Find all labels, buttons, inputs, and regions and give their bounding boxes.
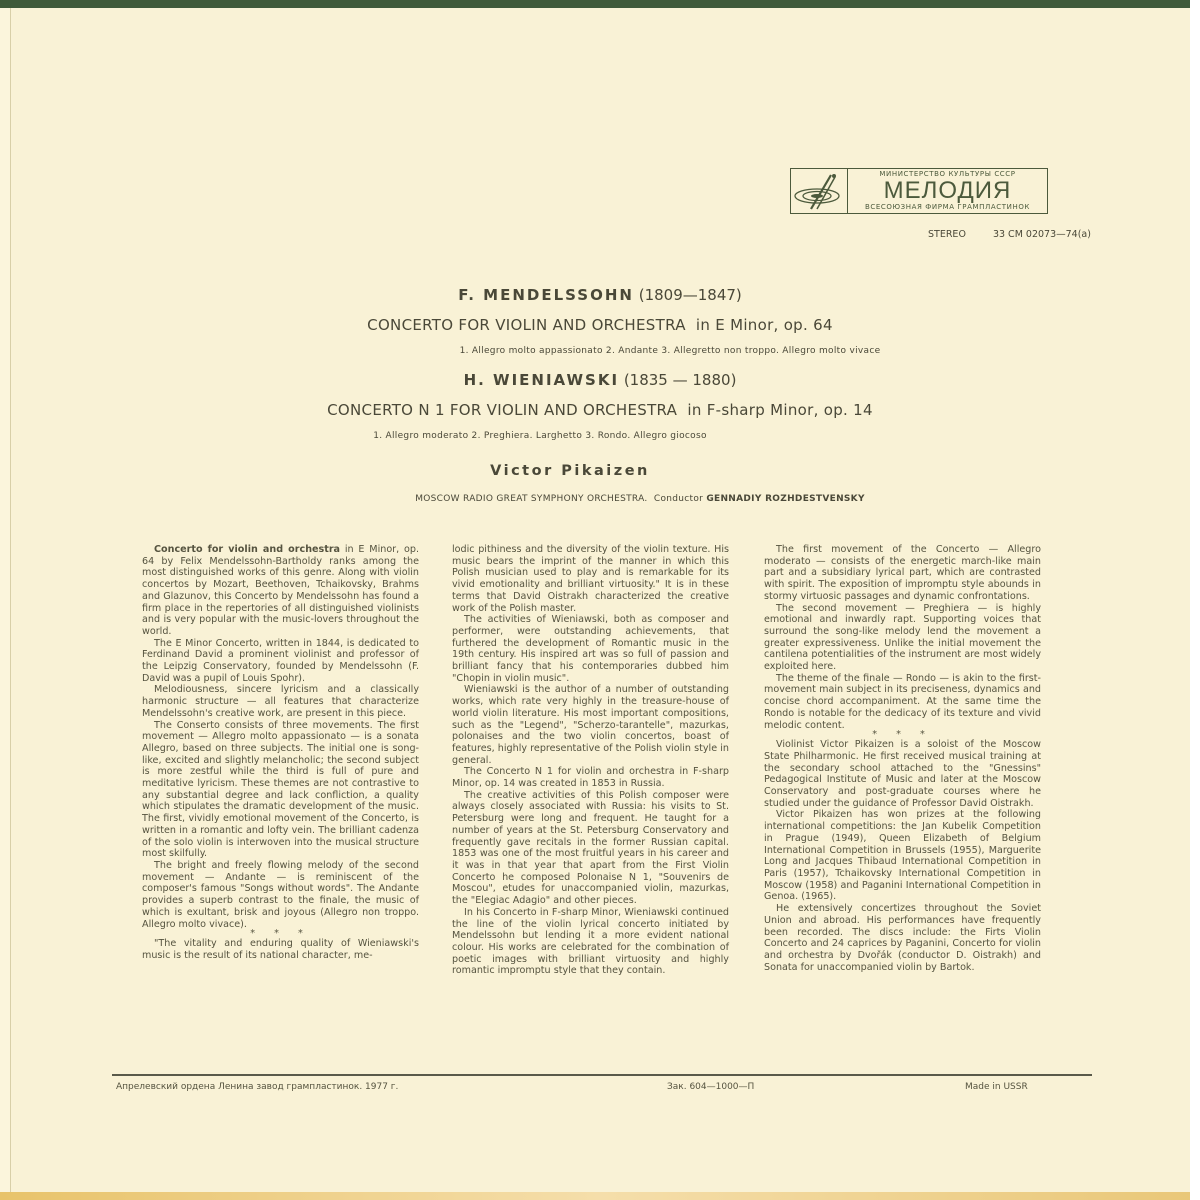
catalog-info: STEREO 33 CM 02073—74(a) xyxy=(928,229,1115,240)
paragraph: He extensively concertizes throughout th… xyxy=(764,903,1041,973)
section-separator: * * * xyxy=(764,731,1041,739)
melodiya-record-logo-icon xyxy=(791,169,848,213)
paragraph: The creative activities of this Polish c… xyxy=(452,790,729,907)
scan-margin xyxy=(1190,0,1200,1200)
paragraph: Violinist Victor Pikaizen is a soloist o… xyxy=(764,739,1041,809)
paragraph: "The vitality and enduring quality of Wi… xyxy=(142,938,419,961)
paragraph: The Concerto N 1 for violin and orchestr… xyxy=(452,766,729,789)
melodiya-logo: МИНИСТЕРСТВО КУЛЬТУРЫ СССР МЕЛОДИЯ ВСЕСО… xyxy=(790,168,1048,214)
section-separator: * * * xyxy=(142,930,419,938)
paragraph: The E Minor Concerto, written in 1844, i… xyxy=(142,638,419,685)
composer-years: (1809—1847) xyxy=(639,286,742,304)
liner-notes-column-1: Concerto for violin and orchestra in E M… xyxy=(142,544,419,962)
liner-notes-column-2: lodic pithiness and the diversity of the… xyxy=(452,544,729,977)
work-title: CONCERTO FOR VIOLIN AND ORCHESTRA in E M… xyxy=(160,316,1040,334)
orchestra-name: MOSCOW RADIO GREAT SYMPHONY ORCHESTRA. xyxy=(415,494,647,504)
paragraph: The bright and freely flowing melody of … xyxy=(142,860,419,930)
sleeve-bottom-edge xyxy=(0,1192,1200,1200)
format-label: STEREO xyxy=(928,229,966,240)
liner-notes-column-3: The first movement of the Concerto — All… xyxy=(764,544,1041,973)
paragraph: The activities of Wieniawski, both as co… xyxy=(452,614,729,684)
paragraph: The first movement of the Concerto — All… xyxy=(764,544,1041,603)
paragraph: In his Concerto in F-sharp Minor, Wienia… xyxy=(452,907,729,977)
work-title: CONCERTO N 1 FOR VIOLIN AND ORCHESTRA in… xyxy=(160,401,1040,419)
pressing-plant: Апрелевский ордена Ленина завод грамплас… xyxy=(116,1082,398,1092)
work-key: in F-sharp Minor, op. 14 xyxy=(687,401,872,419)
composer-heading: H. WIENIAWSKI (1835 — 1880) xyxy=(160,371,1040,389)
paragraph: Wieniawski is the author of a number of … xyxy=(452,684,729,766)
sleeve-top-edge xyxy=(0,0,1200,8)
order-number: Зак. 604—1000—П xyxy=(667,1082,754,1092)
work-key: in E Minor, op. 64 xyxy=(696,316,833,334)
orchestra-line: MOSCOW RADIO GREAT SYMPHONY ORCHESTRA. C… xyxy=(200,494,1080,504)
movements-list: 1. Allegro molto appassionato 2. Andante… xyxy=(230,346,1110,356)
composer-years: (1835 — 1880) xyxy=(624,371,737,389)
paragraph: Concerto for violin and orchestra in E M… xyxy=(142,544,419,638)
made-in: Made in USSR xyxy=(965,1082,1028,1092)
paragraph: The theme of the finale — Rondo — is aki… xyxy=(764,673,1041,732)
soloist-name: Victor Pikaizen xyxy=(130,463,1010,479)
paragraph: lodic pithiness and the diversity of the… xyxy=(452,544,729,614)
paragraph: Melodiousness, sincere lyricism and a cl… xyxy=(142,684,419,719)
movements-list: 1. Allegro moderato 2. Preghiera. Larghe… xyxy=(100,431,980,441)
catalog-number: 33 CM 02073—74(a) xyxy=(993,229,1091,240)
brand-name: МЕЛОДИЯ xyxy=(884,179,1012,203)
footer-divider xyxy=(112,1074,1092,1076)
composer-heading: F. MENDELSSOHN (1809—1847) xyxy=(160,286,1040,304)
conductor-name: GENNADIY ROZHDESTVENSKY xyxy=(706,494,864,504)
paragraph: Victor Pikaizen has won prizes at the fo… xyxy=(764,809,1041,903)
composer-name: F. MENDELSSOHN xyxy=(458,286,634,304)
composer-name: H. WIENIAWSKI xyxy=(464,371,619,389)
paragraph: The second movement — Preghiera — is hig… xyxy=(764,603,1041,673)
paragraph: The Conserto consists of three movements… xyxy=(142,720,419,860)
firm-text: ВСЕСОЮЗНАЯ ФИРМА ГРАМПЛАСТИНОК xyxy=(865,203,1030,212)
